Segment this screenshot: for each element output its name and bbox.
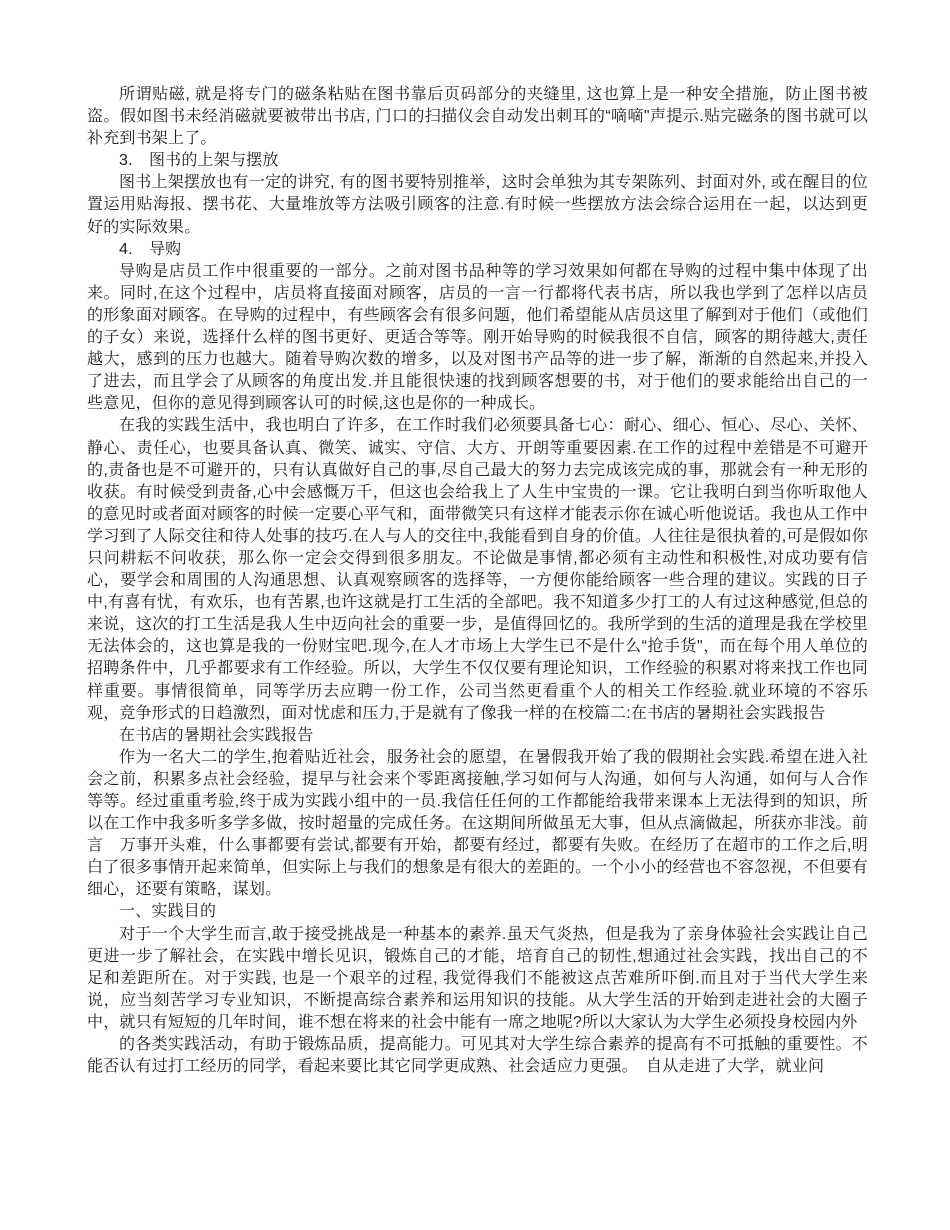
- heading-shopping-guide: 4. 导购: [87, 239, 868, 261]
- paragraph-shelving-detail: 图书上架摆放也有一定的讲究, 有的图书要特别推举，这时会单独为其专架陈列、封面对…: [87, 172, 868, 238]
- document-page: { "page": { "background_color": "#ffffff…: [0, 0, 950, 1230]
- paragraph-guide-detail: 导购是店员工作中很重要的一部分。之前对图书品种等的学习效果如何都在导购的过程中集…: [87, 261, 868, 416]
- document-body: 所谓贴磁, 就是将专门的磁条粘贴在图书靠后页码部分的夹缝里, 这也算上是一种安全…: [87, 84, 868, 1078]
- report-title: 在书店的暑期社会实践报告: [87, 725, 868, 747]
- paragraph-practice-activities: 的各类实践活动，有助于锻炼品质，提高能力。可见其对大学生综合素养的提高有不可抵触…: [87, 1034, 868, 1078]
- paragraph-magnet-strip: 所谓贴磁, 就是将专门的磁条粘贴在图书靠后页码部分的夹缝里, 这也算上是一种安全…: [87, 84, 868, 150]
- paragraph-practice-reflection: 在我的实践生活中，我也明白了许多，在工作时我们必须要具备七心：耐心、细心、恒心、…: [87, 415, 868, 724]
- heading-practice-purpose: 一、实践目的: [87, 901, 868, 923]
- paragraph-sophomore-intro: 作为一名大二的学生,抱着贴近社会，服务社会的愿望，在暑假我开始了我的假期社会实践…: [87, 747, 868, 902]
- paragraph-purpose-detail: 对于一个大学生而言,敢于接受挑战是一种基本的素养.虽天气炎热，但是我为了亲身体验…: [87, 924, 868, 1034]
- heading-book-shelving: 3. 图书的上架与摆放: [87, 150, 868, 172]
